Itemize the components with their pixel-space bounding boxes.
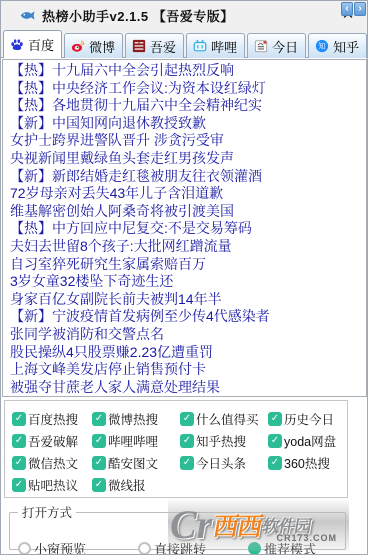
source-label: 微线报	[108, 476, 146, 494]
hot-list: 【热】十九届六中全会引起热烈反响【热】中央经济工作会议:为资本设红绿灯【热】各地…	[2, 59, 367, 397]
checkbox-checked-icon[interactable]	[12, 434, 26, 448]
svg-text:知: 知	[318, 41, 326, 51]
source-checkbox-item[interactable]: 酷安图文	[92, 454, 180, 472]
title-bar: 热榜小助手v2.1.5 【吾爱专版】 ✕	[1, 1, 367, 29]
list-item[interactable]: 女护士跨界进警队晋升 涉贪污受审	[10, 132, 362, 150]
source-label: 百度热搜	[28, 410, 78, 428]
checkbox-checked-icon[interactable]	[268, 412, 282, 426]
source-checkbox-item[interactable]: 微信热文	[12, 454, 92, 472]
list-item[interactable]: 身家百亿女副院长前夫被判14年半	[10, 291, 362, 309]
open-mode-option-label: 推荐模式	[264, 539, 316, 555]
list-item[interactable]: 【新】新郎结婚走红毯被朋友往衣领灌酒	[10, 168, 362, 186]
tab-label: 今日	[272, 37, 298, 56]
source-checkbox-panel: 百度热搜微博热搜什么值得买历史今日吾爱破解哔哩哔哩知乎热搜yoda网盘微信热文酷…	[4, 400, 348, 498]
tab-zhihu[interactable]: 知知乎	[308, 33, 367, 58]
zhihu-icon: 知	[314, 39, 329, 54]
baidu-icon	[9, 37, 24, 52]
source-checkbox-item[interactable]: 百度热搜	[12, 410, 92, 428]
list-item[interactable]: 3岁女童32楼坠下奇迹生还	[10, 273, 362, 291]
checkbox-checked-icon[interactable]	[92, 478, 106, 492]
tab-label: 哔哩	[211, 37, 237, 56]
checkbox-checked-icon[interactable]	[12, 456, 26, 470]
radio-icon[interactable]	[18, 542, 31, 555]
list-item[interactable]: 央视新闻里戴绿鱼头套走红男孩发声	[10, 150, 362, 168]
checkbox-checked-icon[interactable]	[180, 456, 194, 470]
checkbox-checked-icon[interactable]	[180, 434, 194, 448]
fish-app-icon	[19, 8, 37, 22]
source-label: 酷安图文	[108, 454, 158, 472]
source-checkbox-item[interactable]: 今日头条	[180, 454, 268, 472]
checkbox-checked-icon[interactable]	[12, 412, 26, 426]
tab-scroll-buttons: ‹ ›	[340, 2, 366, 16]
app-window: 热榜小助手v2.1.5 【吾爱专版】 ✕ 百度微博吾爱哔哩今日知知乎yod ‹ …	[0, 0, 368, 555]
checkbox-checked-icon[interactable]	[92, 456, 106, 470]
tab-toutiao[interactable]: 今日	[247, 33, 306, 58]
tab-baidu[interactable]: 百度	[3, 30, 62, 58]
source-checkbox-item[interactable]: 知乎热搜	[180, 432, 268, 450]
list-item[interactable]: 72岁母亲对丢失43年儿子含泪道歉	[10, 185, 362, 203]
open-mode-label: 打开方式	[18, 503, 76, 521]
radio-selected-icon[interactable]	[248, 542, 261, 555]
tab-label: 吾爱	[150, 37, 176, 56]
list-item[interactable]: 【热】中央经济工作会议:为资本设红绿灯	[10, 80, 362, 98]
list-item[interactable]: 自习室猝死研究生家属索赔百万	[10, 256, 362, 274]
source-checkbox-item[interactable]: 微线报	[92, 476, 180, 494]
list-item[interactable]: 股民操纵4只股票赚2.23亿遭重罚	[10, 344, 362, 362]
source-label: 微博热搜	[108, 410, 158, 428]
open-mode-option[interactable]: 推荐模式	[248, 539, 316, 555]
open-mode-option-label: 直接跳转	[154, 539, 206, 555]
source-checkbox-item[interactable]: yoda网盘	[268, 432, 347, 450]
source-checkbox-item[interactable]: 历史今日	[268, 410, 347, 428]
list-item[interactable]: 【新】宁波疫情首发病例至少传4代感染者	[10, 308, 362, 326]
open-mode-group: 打开方式 小窗预览直接跳转推荐模式	[9, 503, 346, 550]
list-item[interactable]: 上海文峰美发店停止销售预付卡	[10, 361, 362, 379]
checkbox-checked-icon[interactable]	[180, 412, 194, 426]
source-label: 微信热文	[28, 454, 78, 472]
source-checkbox-item[interactable]: 微博热搜	[92, 410, 180, 428]
source-label: 贴吧热议	[28, 476, 78, 494]
source-label: 吾爱破解	[28, 432, 78, 450]
52pojie-icon	[131, 39, 146, 54]
tab-scroll-right-icon[interactable]: ›	[354, 2, 366, 16]
list-item[interactable]: 被强夺甘蔗老人家人满意处理结果	[10, 379, 362, 397]
source-checkbox-item[interactable]: 哔哩哔哩	[92, 432, 180, 450]
list-item[interactable]: 【热】中方回应中尼复交:不是交易筹码	[10, 220, 362, 238]
source-checkbox-item[interactable]: 360热搜	[268, 454, 347, 472]
tab-label: 百度	[28, 35, 54, 54]
open-mode-option[interactable]: 直接跳转	[138, 539, 206, 555]
source-label: yoda网盘	[284, 432, 336, 450]
weibo-icon	[70, 39, 85, 54]
checkbox-checked-icon[interactable]	[268, 434, 282, 448]
tab-label: 微博	[89, 37, 115, 56]
window-title: 热榜小助手v2.1.5 【吾爱专版】	[42, 6, 234, 25]
source-label: 360热搜	[284, 454, 330, 472]
bilibili-icon	[192, 39, 207, 54]
open-mode-option[interactable]: 小窗预览	[18, 539, 86, 555]
list-item[interactable]: 【热】各地贯彻十九届六中全会精神纪实	[10, 97, 362, 115]
source-label: 今日头条	[196, 454, 246, 472]
tab-label: 知乎	[333, 37, 359, 56]
list-item[interactable]: 【热】十九届六中全会引起热烈反响	[10, 62, 362, 80]
list-item[interactable]: 张同学被消防和交警点名	[10, 326, 362, 344]
checkbox-checked-icon[interactable]	[12, 478, 26, 492]
source-checkbox-item[interactable]: 吾爱破解	[12, 432, 92, 450]
list-item[interactable]: 夫妇去世留8个孩子:大批网红蹭流量	[10, 238, 362, 256]
source-label: 知乎热搜	[196, 432, 246, 450]
source-checkbox-item[interactable]: 贴吧热议	[12, 476, 92, 494]
tab-bilibili[interactable]: 哔哩	[186, 33, 245, 58]
source-checkbox-item[interactable]: 什么值得买	[180, 410, 268, 428]
list-item[interactable]: 维基解密创始人阿桑奇将被引渡美国	[10, 203, 362, 221]
source-label: 历史今日	[284, 410, 334, 428]
tab-scroll-left-icon[interactable]: ‹	[341, 2, 353, 16]
toutiao-icon	[253, 39, 268, 54]
checkbox-checked-icon[interactable]	[268, 456, 282, 470]
radio-icon[interactable]	[138, 542, 151, 555]
tab-52pojie[interactable]: 吾爱	[125, 33, 184, 58]
open-mode-option-label: 小窗预览	[34, 539, 86, 555]
source-label: 哔哩哔哩	[108, 432, 158, 450]
tab-bar: 百度微博吾爱哔哩今日知知乎yod	[1, 29, 367, 58]
source-label: 什么值得买	[196, 410, 259, 428]
checkbox-checked-icon[interactable]	[92, 412, 106, 426]
list-item[interactable]: 【新】中国知网向退休教授致歉	[10, 115, 362, 133]
checkbox-checked-icon[interactable]	[92, 434, 106, 448]
tab-weibo[interactable]: 微博	[64, 33, 123, 58]
